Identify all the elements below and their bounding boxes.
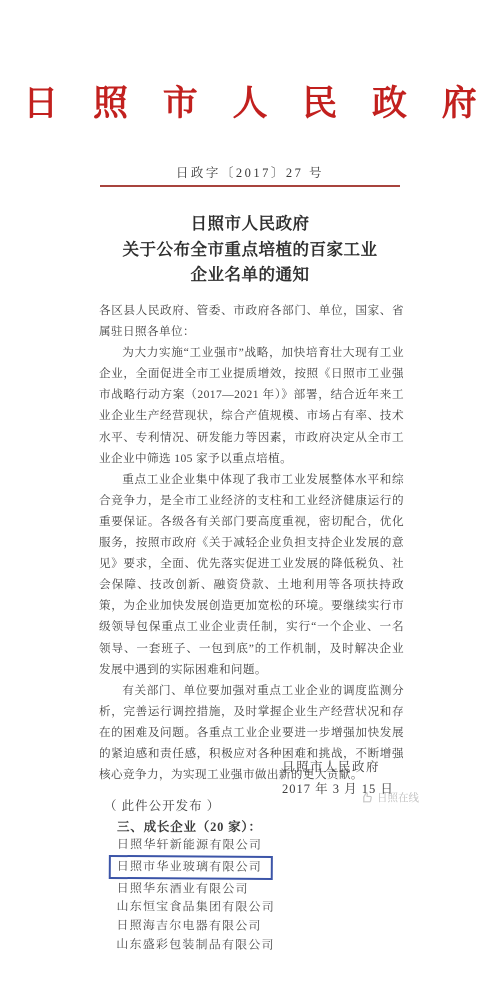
government-header-title: 日 照 市 人 民 政 府 <box>0 76 500 126</box>
growth-enterprises-heading: 三、成长企业（20 家）： <box>117 817 262 835</box>
official-document-page: 日 照 市 人 民 政 府 日政字〔2017〕27 号 日照市人民政府 关于公布… <box>0 0 500 1000</box>
company-list-item: 日照海吉尔电器有限公司 <box>116 916 275 936</box>
company-list-item: 山东盛彩包装制品有限公司 <box>116 935 275 955</box>
body-paragraph-2: 重点工业企业集中体现了我市工业发展整体水平和综合竞争力，是全市工业经济的支柱和工… <box>99 469 404 680</box>
highlight-box: 日照市华业玻璃有限公司 <box>109 855 273 880</box>
document-title-line-3: 企业名单的通知 <box>50 262 450 288</box>
body-paragraph-1: 为大力实施“工业强市”战略，加快培育壮大现有工业企业，全面促进全市工业提质增效，… <box>99 342 404 469</box>
document-number: 日政字〔2017〕27 号 <box>0 163 500 181</box>
salutation-line: 各区县人民政府、管委、市政府各部门、单位，国家、省属驻日照各单位： <box>99 300 404 342</box>
company-list-item: 日照华东酒业有限公司 <box>117 879 276 899</box>
company-list: 日照华轩新能源有限公司 日照市华业玻璃有限公司 日照华东酒业有限公司 山东恒宝食… <box>116 835 275 954</box>
rizhao-online-watermark: 日照在线 <box>360 790 419 805</box>
company-list-item-highlighted: 日照市华业玻璃有限公司 <box>117 854 276 880</box>
document-body: 各区县人民政府、管委、市政府各部门、单位，国家、省属驻日照各单位： 为大力实施“… <box>99 300 404 785</box>
public-release-note: （ 此件公开发布 ） <box>104 796 220 814</box>
document-title-line-1: 日照市人民政府 <box>50 211 450 237</box>
signature-organization: 日照市人民政府 <box>282 756 394 778</box>
document-title-line-2: 关于公布全市重点培植的百家工业 <box>50 237 450 263</box>
document-title: 日照市人民政府 关于公布全市重点培植的百家工业 企业名单的通知 <box>50 211 450 288</box>
company-list-item: 山东恒宝食品集团有限公司 <box>117 897 276 917</box>
red-divider-line <box>100 185 400 187</box>
rizhao-online-logo-icon <box>360 791 373 804</box>
watermark-label: 日照在线 <box>377 790 419 805</box>
company-list-item: 日照华轩新能源有限公司 <box>117 835 276 855</box>
